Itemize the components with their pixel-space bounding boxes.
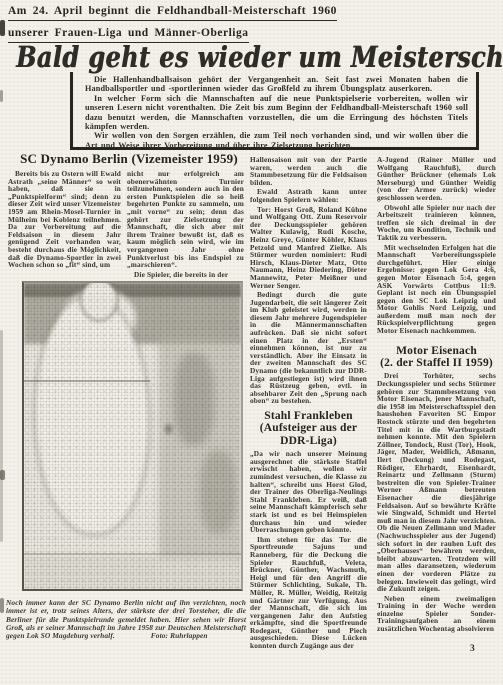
- paragraph: Bedingt durch die gute Jugendarbeit, die…: [250, 291, 367, 405]
- paragraph: Mit wechselnden Erfolgen hat die Mannsch…: [377, 244, 496, 335]
- article-column-4: A-Jugend (Rainer Müller und Wolfgang Rau…: [377, 156, 496, 635]
- paragraph: Ewald Astrath kann unter folgenden Spiel…: [250, 188, 367, 203]
- paragraph: Obwohl alle Spieler nur nach der Arbeits…: [377, 204, 496, 242]
- article-heading-frankleben: Stahl Frankleben (Aufsteiger aus der DDR…: [250, 410, 367, 447]
- article-column-1: Bereits bis zu Ostern will Ewald Astrath…: [8, 170, 121, 271]
- paragraph: Tor: Horst Groß, Roland Kühne und Wolfga…: [250, 206, 367, 290]
- article-column-2: nicht nur erfolgreich am obenerwähnten T…: [127, 170, 244, 280]
- paragraph: Hallensaison mit von der Partie waren, w…: [250, 156, 367, 186]
- paragraph: Ihm stehen für das Tor die Sportfreunde …: [250, 536, 367, 650]
- page-number: 3: [470, 644, 475, 654]
- paragraph: Die Spieler, die bereits in der: [127, 271, 244, 279]
- photo-caption: Noch immer kann der SC Dynamo Berlin nic…: [6, 599, 246, 640]
- paragraph: nicht nur erfolgreich am obenerwähnten T…: [127, 170, 244, 269]
- heading-line: Motor Eisenach: [396, 345, 477, 357]
- scan-artifact: [0, 470, 5, 480]
- paragraph: Neben einem zweimaligen Training in der …: [377, 595, 496, 633]
- photo-horst-gross: [22, 281, 243, 591]
- paragraph: A-Jugend (Rainer Müller und Wolfgang Rau…: [377, 156, 496, 202]
- intro-paragraph: Die Hallenhandballsaison gehört der Verg…: [85, 75, 468, 94]
- scan-artifact: [0, 598, 4, 613]
- paragraph: Bereits bis zu Ostern will Ewald Astrath…: [8, 170, 121, 269]
- scan-artifact: [0, 330, 3, 542]
- article-heading-dynamo: SC Dynamo Berlin (Vizemeister 1959): [10, 151, 248, 167]
- kicker-line-1-text: Am 24. April beginnt die Feldhandball-Me…: [8, 5, 337, 21]
- heading-line: DDR-Liga): [280, 435, 337, 447]
- scan-artifact: [0, 20, 5, 36]
- intro-paragraph: In welcher Form sich die Mannschaften au…: [85, 94, 468, 132]
- main-headline: Bald geht es wieder um Meisterschaftspun…: [16, 39, 498, 74]
- paragraph: „Da wir nach unserer Meinung ausgerechne…: [250, 450, 367, 534]
- newspaper-page: Am 24. April beginnt die Feldhandball-Me…: [0, 0, 503, 685]
- photo-caption-text: Noch immer kann der SC Dynamo Berlin nic…: [6, 598, 246, 640]
- intro-paragraph: Wir wollen von den Sorgen erzählen, die …: [85, 131, 468, 150]
- photo-grain: [24, 283, 241, 589]
- photo-credit: Foto: Ruhrlappen: [151, 632, 208, 640]
- paragraph: Drei Torhüter, sechs Deckungsspieler und…: [377, 372, 496, 592]
- heading-line: Stahl Frankleben: [264, 410, 353, 422]
- article-heading-eisenach: Motor Eisenach (2. der Staffel II 1959): [377, 345, 496, 370]
- article-column-3: Hallensaison mit von der Partie waren, w…: [250, 156, 367, 652]
- heading-line: (Aufsteiger aus der: [260, 422, 358, 434]
- intro-box: Die Hallenhandballsaison gehört der Verg…: [70, 72, 479, 150]
- kicker-line-1: Am 24. April beginnt die Feldhandball-Me…: [8, 5, 337, 21]
- scan-artifact: [0, 90, 3, 102]
- heading-line: (2. der Staffel II 1959): [380, 357, 493, 369]
